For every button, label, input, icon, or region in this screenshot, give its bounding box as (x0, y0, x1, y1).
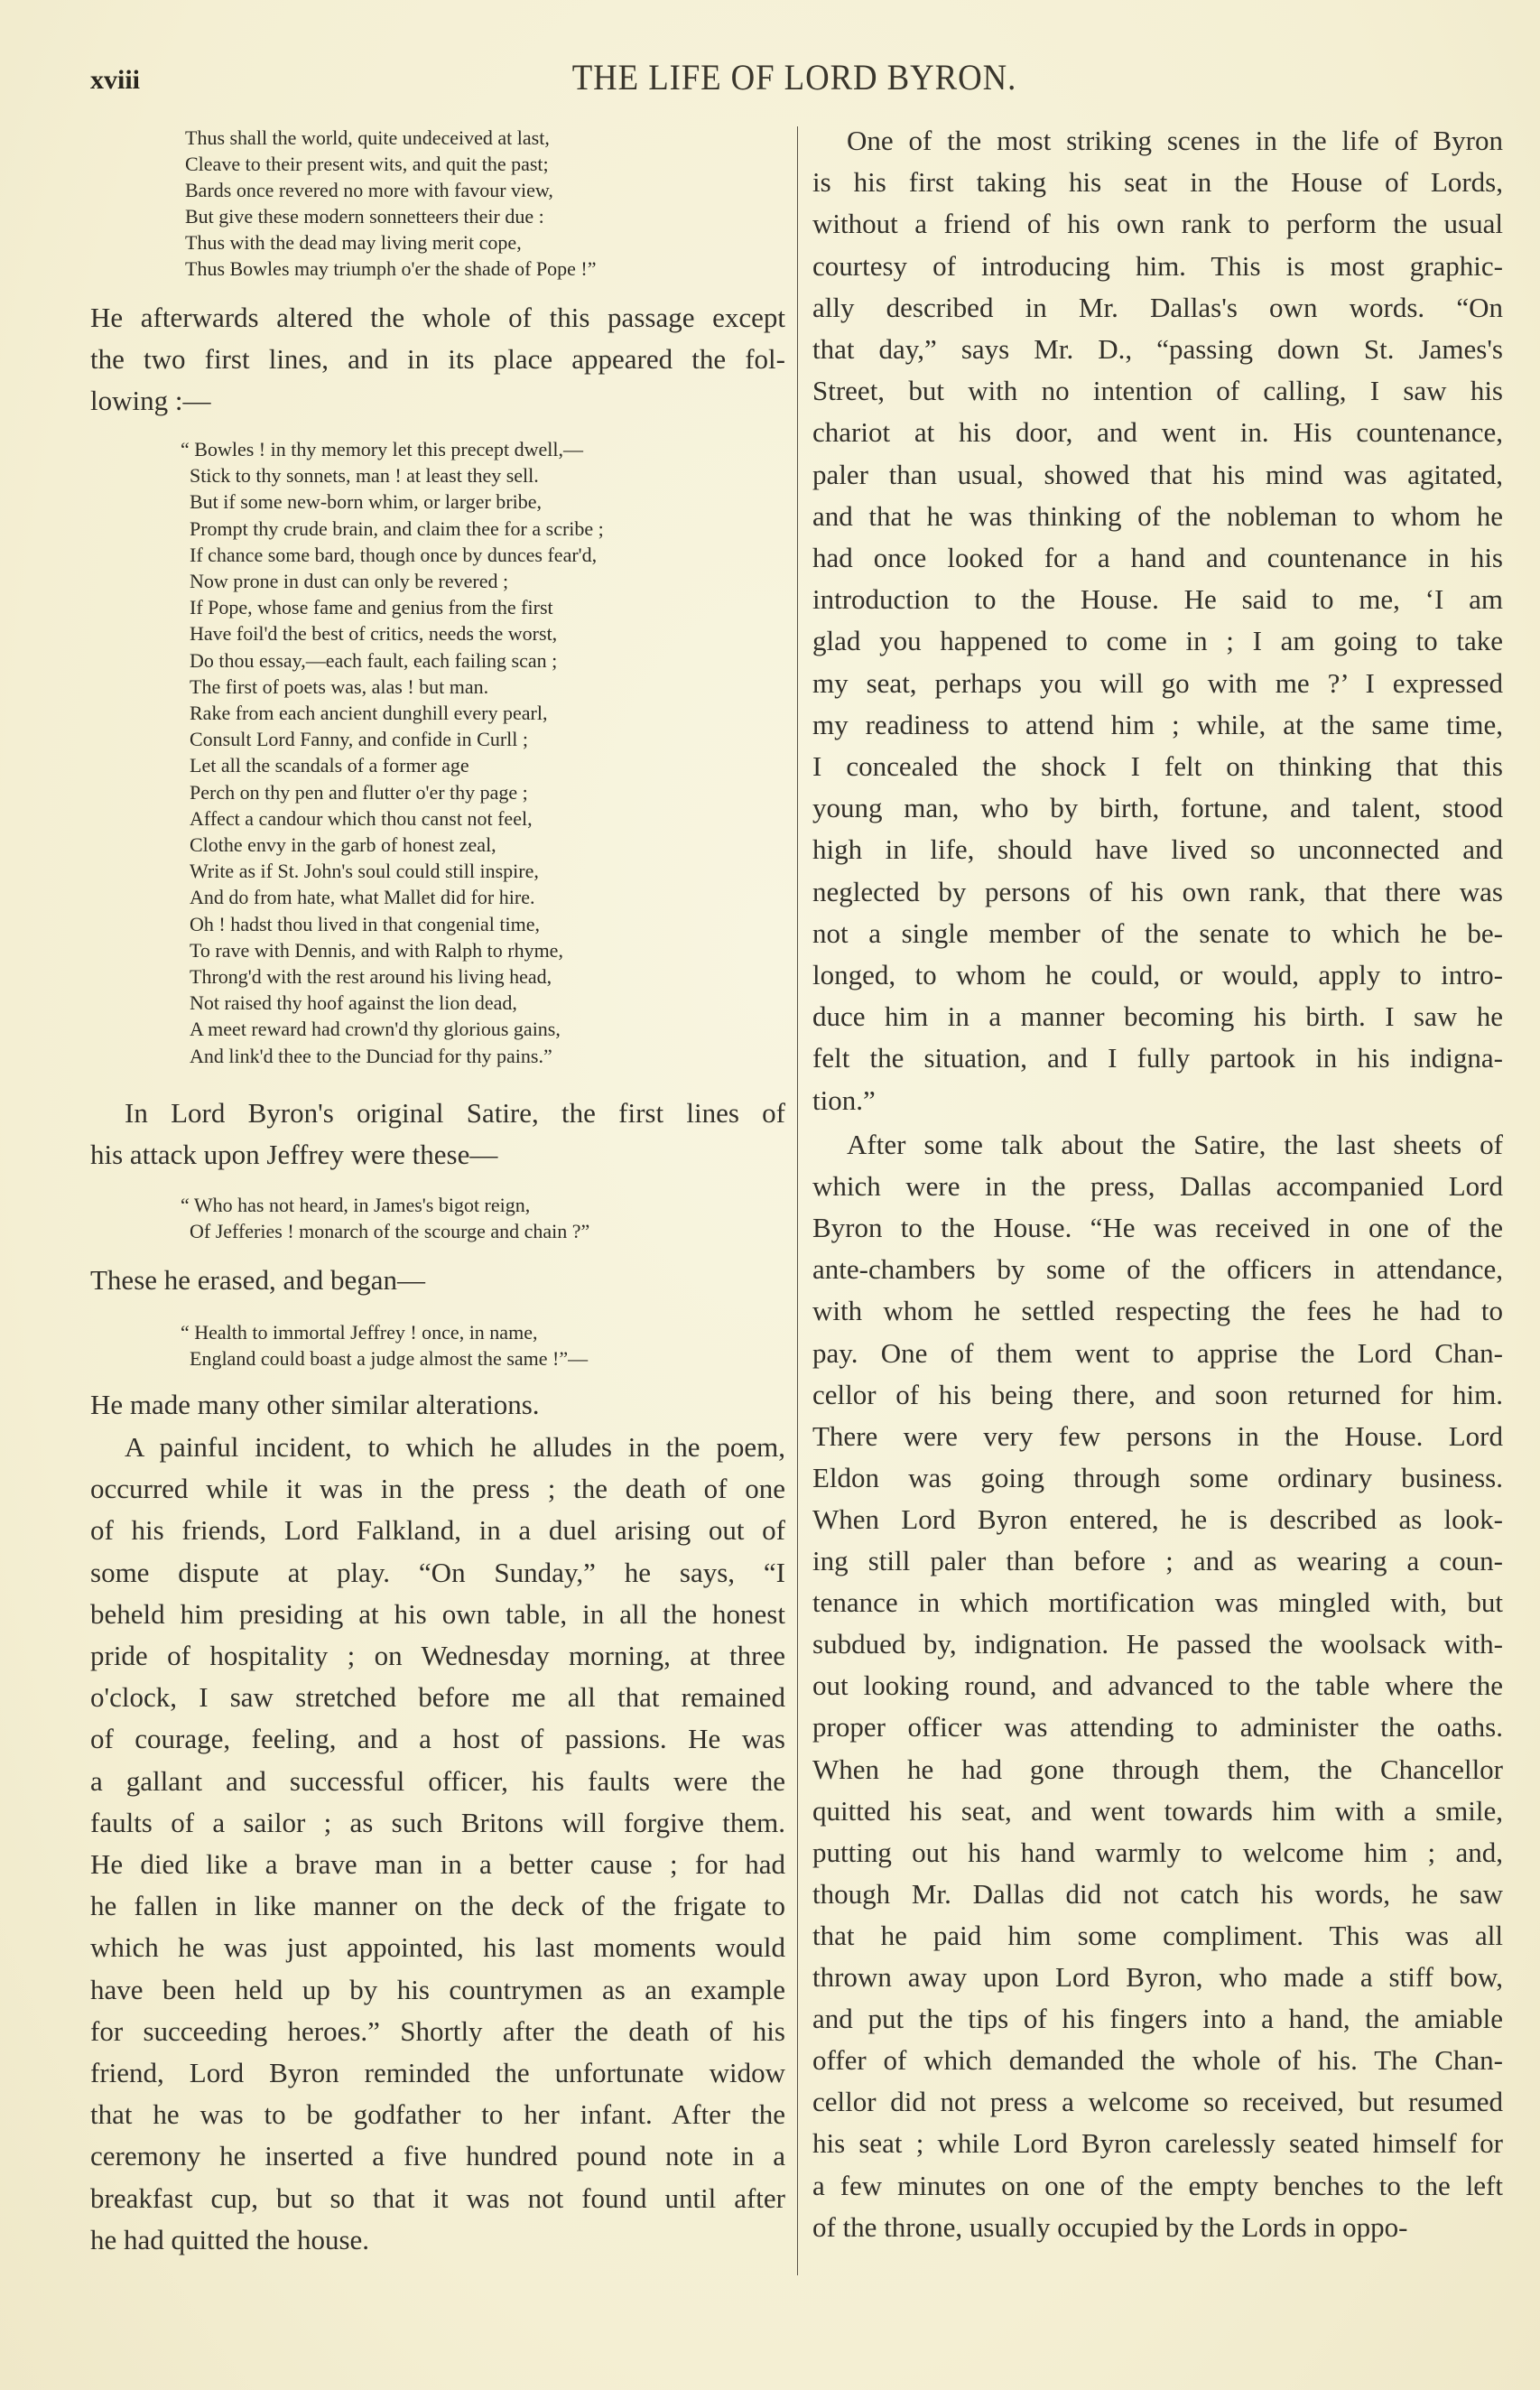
prose-line: that he paid him some compliment. This w… (812, 1920, 1503, 1952)
prose-line: without a friend of his own rank to perf… (812, 208, 1503, 240)
prose-line: high in life, should have lived so uncon… (812, 833, 1503, 866)
prose-line: out looking round, and advanced to the t… (812, 1669, 1503, 1702)
prose-line: paler than usual, showed that his mind w… (812, 459, 1503, 491)
prose-line: is his first taking his seat in the Hous… (812, 166, 1503, 199)
prose-line: In Lord Byron's original Satire, the fir… (90, 1097, 785, 1130)
prose-line: had once looked for a hand and countenan… (812, 542, 1503, 574)
prose-line: and that he was thinking of the nobleman… (812, 500, 1503, 533)
verse-line: But if some new-born whim, or larger bri… (190, 490, 542, 514)
prose-line: He died like a brave man in a better cau… (90, 1848, 785, 1881)
prose-line: tion.” (812, 1084, 1503, 1117)
prose-line: He made many other similar alterations. (90, 1389, 785, 1421)
prose-line: which were in the press, Dallas accompan… (812, 1170, 1503, 1203)
verse-line: Write as if St. John's soul could still … (190, 860, 539, 883)
prose-line: of his friends, Lord Falkland, in a duel… (90, 1514, 785, 1547)
verse-line: Clothe envy in the garb of honest zeal, (190, 833, 496, 857)
prose-line: pay. One of them went to apprise the Lor… (812, 1337, 1503, 1370)
prose-line: ing still paler than before ; and as wea… (812, 1545, 1503, 1577)
prose-line: occurred while it was in the press ; the… (90, 1473, 785, 1505)
prose-line: a few minutes on one of the empty benche… (812, 2170, 1503, 2202)
verse-line: And do from hate, what Mallet did for hi… (190, 886, 534, 909)
verse-line: A meet reward had crown'd thy glorious g… (190, 1018, 561, 1041)
prose-line: cellor of his being there, and soon retu… (812, 1379, 1503, 1411)
prose-line: introduction to the House. He said to me… (812, 583, 1503, 616)
verse-line: Stick to thy sonnets, man ! at least the… (190, 464, 539, 488)
verse-line: Now prone in dust can only be revered ; (190, 570, 508, 593)
verse-line: To rave with Dennis, and with Ralph to r… (190, 939, 563, 963)
verse-line: But give these modern sonnetteers their … (185, 205, 544, 228)
verse-line: Thus shall the world, quite undeceived a… (185, 126, 550, 150)
prose-line: A painful incident, to which he alludes … (90, 1431, 785, 1464)
prose-line: with whom he settled respecting the fees… (812, 1295, 1503, 1327)
running-title: THE LIFE OF LORD BYRON. (529, 56, 1061, 98)
verse-line: Let all the scandals of a former age (190, 754, 469, 777)
prose-line: pride of hospitality ; on Wednesday morn… (90, 1640, 785, 1672)
verse-line: Cleave to their present wits, and quit t… (185, 153, 549, 176)
prose-line: he had quitted the house. (90, 2224, 785, 2256)
verse-line: “ Who has not heard, in James's bigot re… (181, 1194, 530, 1217)
prose-line: ally described in Mr. Dallas's own words… (812, 292, 1503, 324)
prose-line: o'clock, I saw stretched before me all t… (90, 1681, 785, 1714)
prose-line: for succeeding heroes.” Shortly after th… (90, 2015, 785, 2048)
prose-line: He afterwards altered the whole of this … (90, 302, 785, 334)
verse-line: Rake from each ancient dunghill every pe… (190, 702, 547, 725)
verse-line: Have foil'd the best of critics, needs t… (190, 622, 557, 646)
prose-line: When he had gone through them, the Chanc… (812, 1753, 1503, 1786)
prose-line: putting out his hand warmly to welcome h… (812, 1837, 1503, 1869)
prose-line: ante-chambers by some of the officers in… (812, 1253, 1503, 1286)
prose-line: chariot at his door, and went in. His co… (812, 416, 1503, 449)
verse-line: The first of poets was, alas ! but man. (190, 675, 488, 699)
prose-line: quitted his seat, and went towards him w… (812, 1795, 1503, 1827)
prose-line: lowing :— (90, 385, 785, 417)
prose-line: When Lord Byron entered, he is described… (812, 1503, 1503, 1536)
prose-line: breakfast cup, but so that it was not fo… (90, 2182, 785, 2215)
prose-line: and put the tips of his fingers into a h… (812, 2003, 1503, 2035)
prose-line: my readiness to attend him ; while, at t… (812, 709, 1503, 741)
prose-line: of the throne, usually occupied by the L… (812, 2211, 1503, 2244)
column-divider (797, 126, 798, 2275)
prose-line: friend, Lord Byron reminded the unfortun… (90, 2057, 785, 2089)
verse-line: Oh ! hadst thou lived in that congenial … (190, 913, 540, 936)
prose-line: proper officer was attending to administ… (812, 1711, 1503, 1744)
prose-line: ceremony he inserted a five hundred poun… (90, 2140, 785, 2172)
prose-line: duce him in a manner becoming his birth.… (812, 1000, 1503, 1033)
prose-line: his seat ; while Lord Byron carelessly s… (812, 2127, 1503, 2160)
verse-line: Prompt thy crude brain, and claim thee f… (190, 517, 604, 541)
prose-line: I concealed the shock I felt on thinking… (812, 750, 1503, 783)
prose-line: a gallant and successful officer, his fa… (90, 1765, 785, 1798)
prose-line: There were very few persons in the House… (812, 1420, 1503, 1453)
verse-line: Bards once revered no more with favour v… (185, 179, 553, 202)
verse-line: Perch on thy pen and flutter o'er thy pa… (190, 781, 528, 804)
prose-line: Street, but with no intention of calling… (812, 375, 1503, 407)
prose-line: cellor did not press a welcome so receiv… (812, 2086, 1503, 2118)
prose-line: that day,” says Mr. D., “passing down St… (812, 333, 1503, 366)
prose-line: These he erased, and began— (90, 1264, 785, 1297)
prose-line: One of the most striking scenes in the l… (812, 125, 1503, 157)
page-number: xviii (90, 65, 140, 96)
verse-line: And link'd thee to the Dunciad for thy p… (190, 1045, 552, 1068)
prose-line: offer of which demanded the whole of his… (812, 2044, 1503, 2077)
prose-line: the two first lines, and in its place ap… (90, 343, 785, 376)
verse-line: “ Health to immortal Jeffrey ! once, in … (181, 1321, 537, 1344)
prose-line: neglected by persons of his own rank, th… (812, 876, 1503, 908)
prose-line: that he was to be godfather to her infan… (90, 2098, 785, 2131)
prose-line: glad you happened to come in ; I am goin… (812, 625, 1503, 657)
prose-line: subdued by, indignation. He passed the w… (812, 1628, 1503, 1660)
prose-line: beheld him presiding at his own table, i… (90, 1598, 785, 1631)
verse-line: Do thou essay,—each fault, each failing … (190, 649, 557, 673)
prose-line: Eldon was going through some ordinary bu… (812, 1462, 1503, 1494)
prose-line: Byron to the House. “He was received in … (812, 1212, 1503, 1244)
prose-line: have been held up by his countrymen as a… (90, 1974, 785, 2006)
prose-line: thrown away upon Lord Byron, who made a … (812, 1961, 1503, 1994)
prose-line: though Mr. Dallas did not catch his word… (812, 1878, 1503, 1911)
verse-line: Thus with the dead may living merit cope… (185, 231, 522, 255)
prose-line: which he was just appointed, his last mo… (90, 1931, 785, 1964)
verse-line: Thus Bowles may triumph o'er the shade o… (185, 257, 596, 281)
prose-line: not a single member of the senate to whi… (812, 917, 1503, 950)
prose-line: courtesy of introducing him. This is mos… (812, 250, 1503, 283)
verse-line: If Pope, whose fame and genius from the … (190, 596, 553, 619)
verse-line: Of Jefferies ! monarch of the scourge an… (190, 1220, 589, 1243)
prose-line: of courage, feeling, and a host of passi… (90, 1723, 785, 1755)
prose-line: After some talk about the Satire, the la… (812, 1129, 1503, 1161)
prose-line: his attack upon Jeffrey were these— (90, 1139, 785, 1171)
verse-line: Not raised thy hoof against the lion dea… (190, 991, 517, 1015)
prose-line: faults of a sailor ; as such Britons wil… (90, 1807, 785, 1839)
verse-line: “ Bowles ! in thy memory let this precep… (181, 438, 583, 461)
prose-line: some dispute at play. “On Sunday,” he sa… (90, 1557, 785, 1589)
prose-line: young man, who by birth, fortune, and ta… (812, 792, 1503, 824)
prose-line: longed, to whom he could, or would, appl… (812, 959, 1503, 991)
prose-line: he fallen in like manner on the deck of … (90, 1890, 785, 1922)
verse-line: England could boast a judge almost the s… (190, 1347, 588, 1371)
verse-line: Throng'd with the rest around his living… (190, 965, 552, 989)
verse-line: If chance some bard, though once by dunc… (190, 544, 597, 567)
verse-line: Consult Lord Fanny, and confide in Curll… (190, 728, 528, 751)
prose-line: felt the situation, and I fully partook … (812, 1042, 1503, 1074)
prose-line: my seat, perhaps you will go with me ?’ … (812, 667, 1503, 700)
verse-line: Affect a candour which thou canst not fe… (190, 807, 533, 831)
prose-line: tenance in which mortification was mingl… (812, 1586, 1503, 1619)
